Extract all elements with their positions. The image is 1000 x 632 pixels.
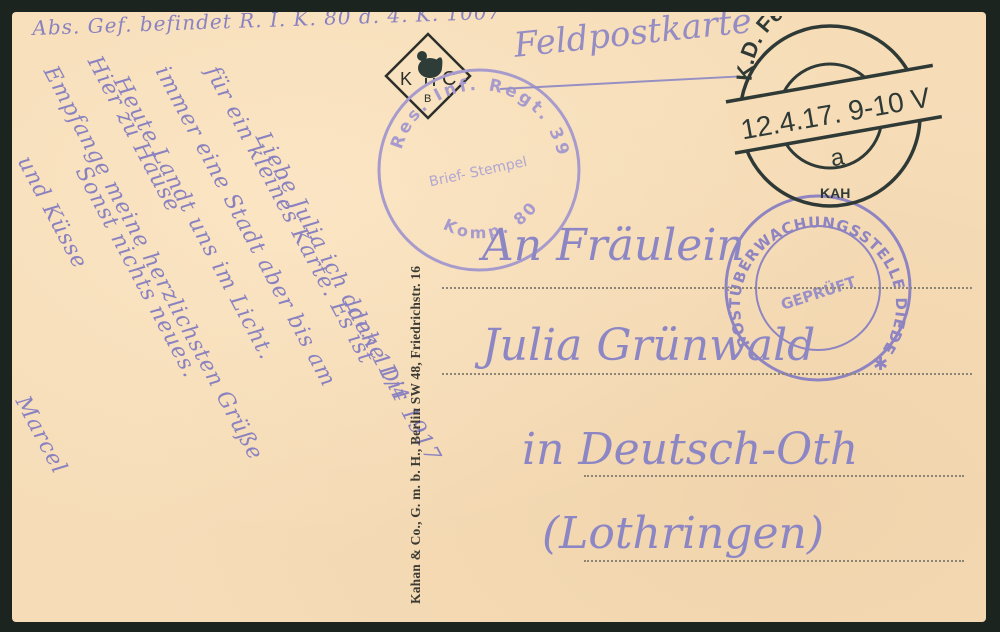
address-line [442, 373, 972, 375]
address-recipient-name: Julia Grünwald [482, 320, 815, 371]
address-line [584, 560, 964, 562]
publisher-imprint: Kahan & Co., G. m. b. H., Berlin SW 48, … [408, 266, 424, 604]
svg-text:Brief- Stempel: Brief- Stempel [428, 154, 529, 190]
address-recipient-title: An Fräulein [482, 220, 745, 271]
address-region: (Lothringen) [542, 508, 824, 559]
address-town: in Deutsch-Oth [522, 424, 858, 475]
svg-text:GEPRÜFT: GEPRÜFT [778, 271, 859, 313]
message-date: den 11/4 1917 [342, 302, 446, 467]
svg-text:KAH: KAH [820, 185, 850, 201]
message-line: Marcel [12, 392, 72, 478]
address-line [584, 475, 964, 477]
postcard: Abs. Gef. befindet R. I. K. 80 d. 4. K. … [12, 12, 986, 622]
address-line [442, 287, 972, 289]
kd-feldpost-postmark: 12.4.17. 9-10 V a K.D. Feldpost KAH [712, 16, 952, 216]
svg-text:✱: ✱ [873, 354, 888, 375]
